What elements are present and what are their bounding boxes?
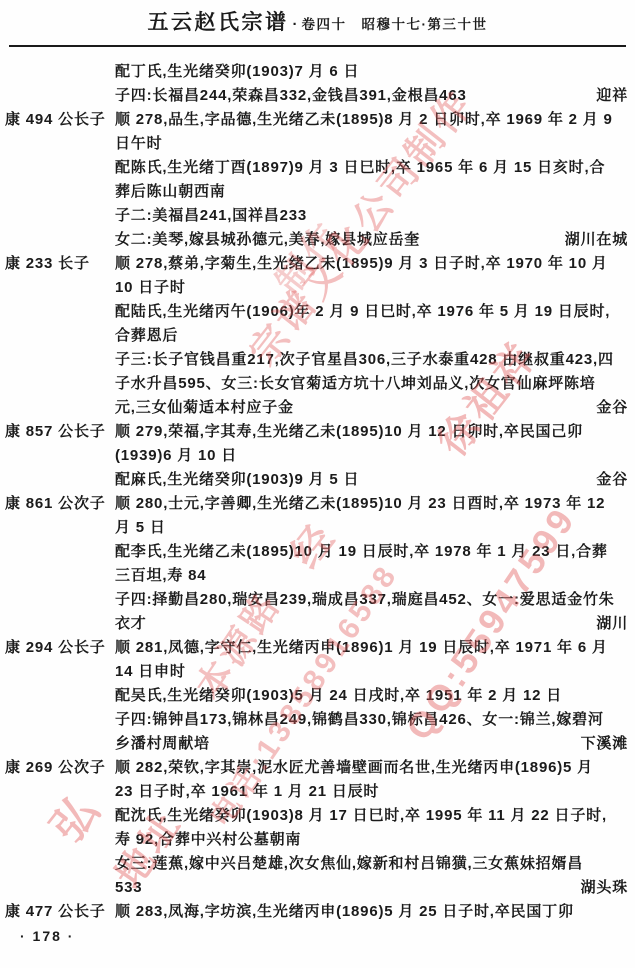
- record-text: 衣才: [115, 612, 147, 636]
- record-text: 子四:长福昌244,荣森昌332,金钱昌391,金根昌463: [115, 84, 467, 108]
- record-line: 女三:莲蕉,嫁中兴吕楚雄,次女焦仙,嫁新和村吕锦獚,三女蕉妹招婿昌: [0, 852, 635, 876]
- record-text: 配吴氏,生光绪癸卯(1903)5 月 24 日戌时,卒 1951 年 2 月 1…: [115, 684, 562, 708]
- record-text: 三百坦,寿 84: [115, 564, 206, 588]
- record-line: 日午时: [0, 132, 635, 156]
- generation-label: [0, 612, 115, 636]
- generation-label: 康 269 公次子: [0, 756, 115, 780]
- page-header: 五云赵氏宗谱·卷四十 昭穆十七·第三十世: [0, 0, 635, 40]
- record-line: 衣才湖川: [0, 612, 635, 636]
- place-annotation: 下溪滩: [581, 732, 635, 756]
- record-line: 葬后陈山朝西南: [0, 180, 635, 204]
- generation-label: [0, 324, 115, 348]
- record-text: 14 日申时: [115, 660, 186, 684]
- book-title: 五云赵氏宗谱: [148, 11, 289, 34]
- record-line: 子三:长子官钱昌重217,次子官星昌306,三子水泰重428 由继叔重423,四: [0, 348, 635, 372]
- record-line: 康 233 长子顺 278,蔡弟,字菊生,生光绪乙未(1895)9 月 3 日子…: [0, 252, 635, 276]
- record-line: 配陈氏,生光绪丁酉(1897)9 月 3 日巳时,卒 1965 年 6 月 15…: [0, 156, 635, 180]
- record-text: 顺 281,凤德,字守仁,生光绪丙申(1896)1 月 19 日辰时,卒 197…: [115, 636, 608, 660]
- generation-label: [0, 876, 115, 900]
- header-divider: [9, 45, 626, 47]
- record-text: 顺 278,品生,字品德,生光绪乙未(1895)8 月 2 日卯时,卒 1969…: [115, 108, 613, 132]
- record-text: 顺 278,蔡弟,字菊生,生光绪乙未(1895)9 月 3 日子时,卒 1970…: [115, 252, 608, 276]
- record-line: 康 269 公次子顺 282,荣钦,字其崇,泥水匠尤善墙壁画而名世,生光绪丙申(…: [0, 756, 635, 780]
- record-text: 配陆氏,生光绪丙午(1906)年 2 月 9 日巳时,卒 1976 年 5 月 …: [115, 300, 610, 324]
- record-line: 533湖头珠: [0, 876, 635, 900]
- record-line: 子二:美福昌241,国祥昌233: [0, 204, 635, 228]
- record-text: 葬后陈山朝西南: [115, 180, 226, 204]
- generation-label: [0, 396, 115, 420]
- place-annotation: 金谷: [596, 396, 635, 420]
- record-text: 23 日子时,卒 1961 年 1 月 21 日辰时: [115, 780, 379, 804]
- record-text: 顺 282,荣钦,字其崇,泥水匠尤善墙壁画而名世,生光绪丙申(1896)5 月: [115, 756, 593, 780]
- generation-label: [0, 732, 115, 756]
- record-text: 顺 279,荣福,字其寿,生光绪乙未(1895)10 月 12 日卯时,卒民国己…: [115, 420, 583, 444]
- record-line: 配陆氏,生光绪丙午(1906)年 2 月 9 日巳时,卒 1976 年 5 月 …: [0, 300, 635, 324]
- record-line: 康 494 公长子顺 278,品生,字品德,生光绪乙未(1895)8 月 2 日…: [0, 108, 635, 132]
- record-line: 子四:锦钟昌173,锦林昌249,锦鹤昌330,锦标昌426、女一:锦兰,嫁碧河: [0, 708, 635, 732]
- generation-label: [0, 804, 115, 828]
- record-text: 顺 283,凤海,字坊滨,生光绪丙申(1896)5 月 25 日子时,卒民国丁卯: [115, 900, 574, 924]
- record-text: 子二:美福昌241,国祥昌233: [115, 204, 307, 228]
- generation-label: [0, 684, 115, 708]
- generation-label: [0, 156, 115, 180]
- generation-label: [0, 540, 115, 564]
- generation-label: [0, 276, 115, 300]
- place-annotation: 湖川在城: [565, 228, 635, 252]
- generation-label: [0, 180, 115, 204]
- record-line: 10 日子时: [0, 276, 635, 300]
- record-text: 寿 92,合葬中兴村公墓朝南: [115, 828, 301, 852]
- record-text: 乡潘村周献培: [115, 732, 210, 756]
- generation-label: [0, 60, 115, 84]
- generation-label: 康 477 公长子: [0, 900, 115, 924]
- generation-label: [0, 468, 115, 492]
- generation-label: [0, 516, 115, 540]
- record-line: 14 日申时: [0, 660, 635, 684]
- place-annotation: 金谷: [596, 468, 635, 492]
- generation-label: [0, 588, 115, 612]
- record-text: 配麻氏,生光绪癸卯(1903)9 月 5 日: [115, 468, 359, 492]
- record-text: (1939)6 月 10 日: [115, 444, 237, 468]
- volume-generation-info: 卷四十 昭穆十七·第三十世: [302, 17, 488, 32]
- place-annotation: 湖川: [596, 612, 635, 636]
- record-line: 配沈氏,生光绪癸卯(1903)8 月 17 日巳时,卒 1995 年 11 月 …: [0, 804, 635, 828]
- generation-label: [0, 204, 115, 228]
- record-text: 日午时: [115, 132, 162, 156]
- record-line: 子水升昌595、女三:长女官菊适方坑十八坤刘品义,次女官仙麻坪陈培: [0, 372, 635, 396]
- generation-label: [0, 228, 115, 252]
- record-line: 三百坦,寿 84: [0, 564, 635, 588]
- generation-label: [0, 300, 115, 324]
- record-text: 配陈氏,生光绪丁酉(1897)9 月 3 日巳时,卒 1965 年 6 月 15…: [115, 156, 605, 180]
- record-line: 合葬恩后: [0, 324, 635, 348]
- record-text: 10 日子时: [115, 276, 186, 300]
- record-line: 寿 92,合葬中兴村公墓朝南: [0, 828, 635, 852]
- generation-label: 康 857 公长子: [0, 420, 115, 444]
- generation-label: 康 294 公长子: [0, 636, 115, 660]
- record-line: 配麻氏,生光绪癸卯(1903)9 月 5 日金谷: [0, 468, 635, 492]
- record-text: 女二:美琴,嫁县城孙德元,美春,嫁县城应岳奎: [115, 228, 420, 252]
- record-text: 女三:莲蕉,嫁中兴吕楚雄,次女焦仙,嫁新和村吕锦獚,三女蕉妹招婿昌: [115, 852, 583, 876]
- record-text: 子四:择勤昌280,瑞安昌239,瑞成昌337,瑞庭昌452、女一:爱思适金竹朱: [115, 588, 615, 612]
- record-text: 子三:长子官钱昌重217,次子官星昌306,三子水泰重428 由继叔重423,四: [115, 348, 614, 372]
- record-line: 乡潘村周献培下溪滩: [0, 732, 635, 756]
- record-line: 子四:择勤昌280,瑞安昌239,瑞成昌337,瑞庭昌452、女一:爱思适金竹朱: [0, 588, 635, 612]
- record-text: 顺 280,士元,字善卿,生光绪乙未(1895)10 月 23 日酉时,卒 19…: [115, 492, 605, 516]
- place-annotation: 湖头珠: [581, 876, 635, 900]
- record-line: 女二:美琴,嫁县城孙德元,美春,嫁县城应岳奎湖川在城: [0, 228, 635, 252]
- record-line: 康 861 公次子顺 280,士元,字善卿,生光绪乙未(1895)10 月 23…: [0, 492, 635, 516]
- generation-label: [0, 372, 115, 396]
- record-text: 合葬恩后: [115, 324, 178, 348]
- title-separator-dot: ·: [293, 16, 298, 33]
- record-line: 子四:长福昌244,荣森昌332,金钱昌391,金根昌463迎祥: [0, 84, 635, 108]
- record-line: 元,三女仙菊适本村应子金金谷: [0, 396, 635, 420]
- record-text: 子四:锦钟昌173,锦林昌249,锦鹤昌330,锦标昌426、女一:锦兰,嫁碧河: [115, 708, 604, 732]
- record-line: 配丁氏,生光绪癸卯(1903)7 月 6 日: [0, 60, 635, 84]
- generation-label: [0, 828, 115, 852]
- record-text: 元,三女仙菊适本村应子金: [115, 396, 294, 420]
- page-number: · 178 ·: [20, 928, 74, 944]
- generation-label: [0, 780, 115, 804]
- generation-label: [0, 852, 115, 876]
- genealogy-page: 五云赵氏宗谱·卷四十 昭穆十七·第三十世 配丁氏,生光绪癸卯(1903)7 月 …: [0, 0, 635, 968]
- record-line: (1939)6 月 10 日: [0, 444, 635, 468]
- place-annotation: 迎祥: [596, 84, 635, 108]
- generation-label: [0, 348, 115, 372]
- record-line: 月 5 日: [0, 516, 635, 540]
- records-list: 配丁氏,生光绪癸卯(1903)7 月 6 日子四:长福昌244,荣森昌332,金…: [0, 60, 635, 924]
- generation-label: [0, 444, 115, 468]
- generation-label: 康 494 公长子: [0, 108, 115, 132]
- generation-label: [0, 132, 115, 156]
- record-text: 子水升昌595、女三:长女官菊适方坑十八坤刘品义,次女官仙麻坪陈培: [115, 372, 596, 396]
- record-text: 月 5 日: [115, 516, 166, 540]
- record-line: 康 857 公长子顺 279,荣福,字其寿,生光绪乙未(1895)10 月 12…: [0, 420, 635, 444]
- generation-label: 康 233 长子: [0, 252, 115, 276]
- record-line: 配李氏,生光绪乙未(1895)10 月 19 日辰时,卒 1978 年 1 月 …: [0, 540, 635, 564]
- generation-label: [0, 84, 115, 108]
- generation-label: [0, 564, 115, 588]
- record-text: 配李氏,生光绪乙未(1895)10 月 19 日辰时,卒 1978 年 1 月 …: [115, 540, 608, 564]
- record-text: 533: [115, 876, 142, 900]
- record-line: 23 日子时,卒 1961 年 1 月 21 日辰时: [0, 780, 635, 804]
- generation-label: [0, 660, 115, 684]
- generation-label: [0, 708, 115, 732]
- record-line: 康 294 公长子顺 281,凤德,字守仁,生光绪丙申(1896)1 月 19 …: [0, 636, 635, 660]
- record-line: 配吴氏,生光绪癸卯(1903)5 月 24 日戌时,卒 1951 年 2 月 1…: [0, 684, 635, 708]
- record-line: 康 477 公长子顺 283,凤海,字坊滨,生光绪丙申(1896)5 月 25 …: [0, 900, 635, 924]
- record-text: 配沈氏,生光绪癸卯(1903)8 月 17 日巳时,卒 1995 年 11 月 …: [115, 804, 607, 828]
- record-text: 配丁氏,生光绪癸卯(1903)7 月 6 日: [115, 60, 359, 84]
- generation-label: 康 861 公次子: [0, 492, 115, 516]
